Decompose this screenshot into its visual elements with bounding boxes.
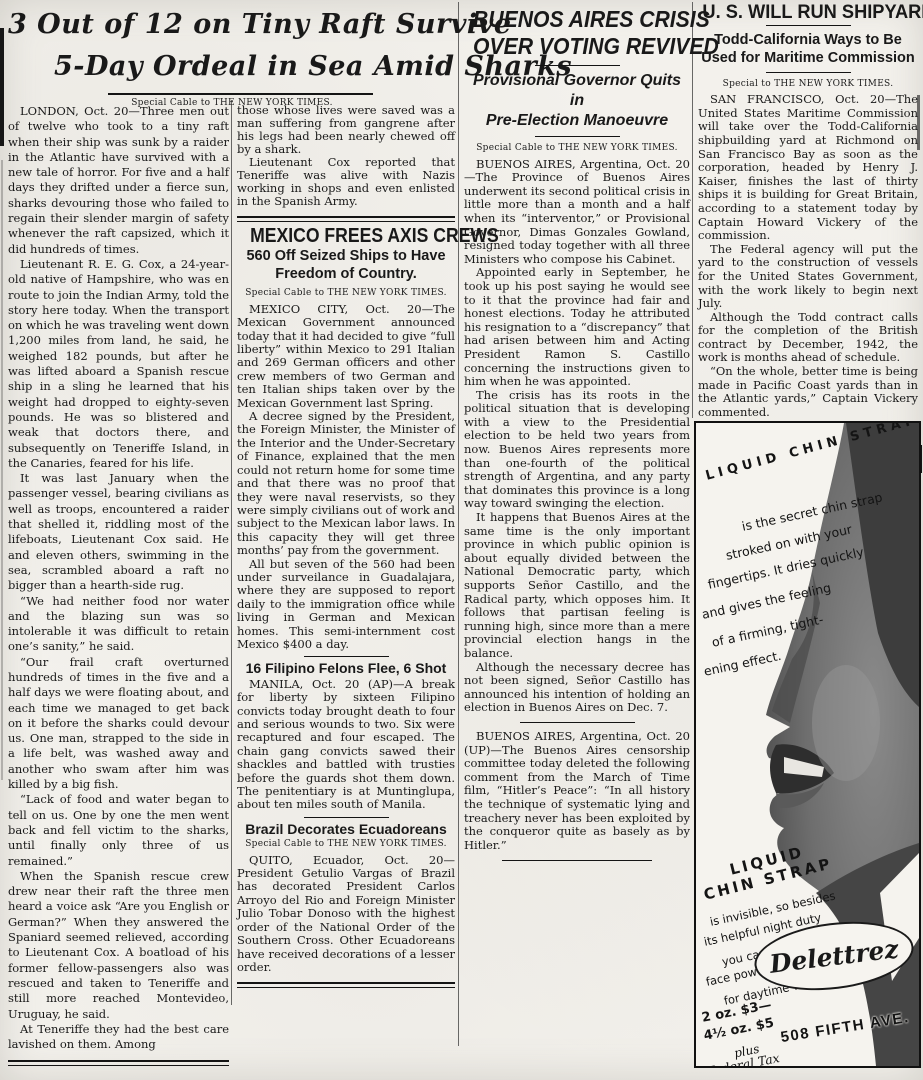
scan-edge-mark [0, 28, 4, 146]
dispatch-divider [520, 722, 635, 723]
article-end-rule [237, 982, 455, 988]
body-paragraph: MANILA, Oct. 20 (AP)—A break for liberty… [237, 678, 455, 812]
body-paragraph: “On the whole, better time is being made… [698, 365, 918, 419]
raft-headline-line1: 3 Out of 12 on Tiny Raft Survive [8, 4, 456, 46]
headline-rule [535, 65, 620, 66]
body-paragraph: It happens that Buenos Aires at the same… [464, 511, 690, 661]
article-divider [237, 216, 455, 222]
body-paragraph: BUENOS AIRES, Argentina, Oct. 20 (UP)—Th… [464, 730, 690, 852]
body-paragraph: Although the Todd contract calls for the… [698, 311, 918, 365]
body-paragraph: BUENOS AIRES, Argentina, Oct. 20—The Pro… [464, 158, 690, 267]
column-2: those whose lives were saved was a man s… [237, 104, 455, 996]
filipino-headline: 16 Filipino Felons Flee, 6 Shot [237, 662, 455, 675]
body-paragraph: LONDON, Oct. 20—Three men out of twelve … [8, 104, 229, 257]
body-paragraph: “We had neither food nor water and the b… [8, 594, 229, 655]
buenos-aires-column: BUENOS AIRES CRISIS OVER VOTING REVIVED … [464, 6, 690, 869]
shipyard-subhead-line2: Used for Maritime Commission [698, 49, 918, 67]
article-end-rule [502, 860, 652, 861]
body-paragraph: “Our frail craft overturned hundreds of … [8, 655, 229, 793]
buenos-aires-credit: Special Cable to THE NEW YORK TIMES. [464, 142, 690, 156]
liquid-chin-strap-ad: LIQUID CHIN STRAP is the secret chin str… [694, 421, 921, 1068]
mexico-subhead-line1: 560 Off Seized Ships to Have [237, 247, 455, 265]
newspaper-page: 3 Out of 12 on Tiny Raft Survive 5-Day O… [0, 0, 923, 1080]
body-paragraph: It was last January when the passenger v… [8, 471, 229, 593]
shipyard-subhead-line1: Todd-California Ways to Be [698, 31, 918, 49]
column-rule [458, 2, 459, 1046]
column-rule [692, 2, 693, 418]
body-paragraph: SAN FRANCISCO, Oct. 20—The United States… [698, 93, 918, 243]
body-paragraph: At Teneriffe they had the best care lavi… [8, 1022, 229, 1053]
brazil-credit: Special Cable to THE NEW YORK TIMES. [237, 838, 455, 851]
headline-rule [766, 25, 851, 26]
body-paragraph: MEXICO CITY, Oct. 20—The Mexican Governm… [237, 303, 455, 410]
raft-article-column-1: LONDON, Oct. 20—Three men out of twelve … [8, 104, 229, 1074]
raft-headline-line2: 5-Day Ordeal in Sea Amid Sharks [54, 46, 456, 88]
subhead-rule [535, 136, 620, 137]
article-divider [304, 817, 389, 818]
brazil-headline: Brazil Decorates Ecuadoreans [237, 823, 455, 836]
body-paragraph: A decree signed by the President, the Fo… [237, 410, 455, 557]
subhead-rule [766, 72, 851, 73]
scan-edge-mark [1, 160, 3, 780]
body-paragraph: Appointed early in September, he took up… [464, 266, 690, 388]
article-divider [304, 656, 389, 657]
body-paragraph: Although the necessary decree has not be… [464, 661, 690, 715]
ad-brand-name: Delettrez [768, 934, 900, 979]
body-paragraph: those whose lives were saved was a man s… [237, 104, 455, 156]
buenos-aires-subhead: Provisional Governor Quits in Pre-Electi… [464, 71, 690, 131]
shipyard-credit: Special to THE NEW YORK TIMES. [698, 78, 918, 92]
shipyard-subhead: Todd-California Ways to Be Used for Mari… [698, 31, 918, 67]
body-paragraph: All but seven of the 560 had been under … [237, 558, 455, 652]
shipyard-column: U. S. WILL RUN SHIPYARD Todd-California … [698, 4, 918, 436]
body-paragraph: “Lack of food and water began to tell on… [8, 792, 229, 868]
raft-article-headline-block: 3 Out of 12 on Tiny Raft Survive 5-Day O… [8, 4, 456, 110]
mexico-subhead-line2: Freedom of Country. [237, 265, 455, 283]
body-paragraph: Lieutenant Cox reported that Teneriffe w… [237, 156, 455, 208]
buenos-aires-headline-line2: OVER VOTING REVIVED [473, 33, 681, 60]
mexico-credit: Special Cable to THE NEW YORK TIMES. [237, 287, 455, 300]
body-paragraph: The Federal agency will put the yard to … [698, 243, 918, 311]
mexico-subhead: 560 Off Seized Ships to Have Freedom of … [237, 247, 455, 283]
buenos-aires-headline-line1: BUENOS AIRES CRISIS [473, 6, 681, 33]
body-paragraph: Lieutenant R. E. G. Cox, a 24-year-old n… [8, 257, 229, 471]
buenos-aires-subhead-line2: Pre-Election Manoeuvre [464, 111, 690, 131]
body-paragraph: When the Spanish rescue crew drew near t… [8, 869, 229, 1022]
mexico-headline: MEXICO FREES AXIS CREWS [250, 230, 442, 243]
headline-rule [108, 93, 373, 95]
buenos-aires-subhead-line1: Provisional Governor Quits in [464, 71, 690, 111]
body-paragraph: The crisis has its roots in the politica… [464, 389, 690, 511]
body-paragraph: QUITO, Ecuador, Oct. 20—President Getuli… [237, 854, 455, 975]
article-end-rule [8, 1060, 229, 1066]
shipyard-headline: U. S. WILL RUN SHIPYARD [702, 6, 913, 20]
column-rule [231, 100, 232, 1005]
